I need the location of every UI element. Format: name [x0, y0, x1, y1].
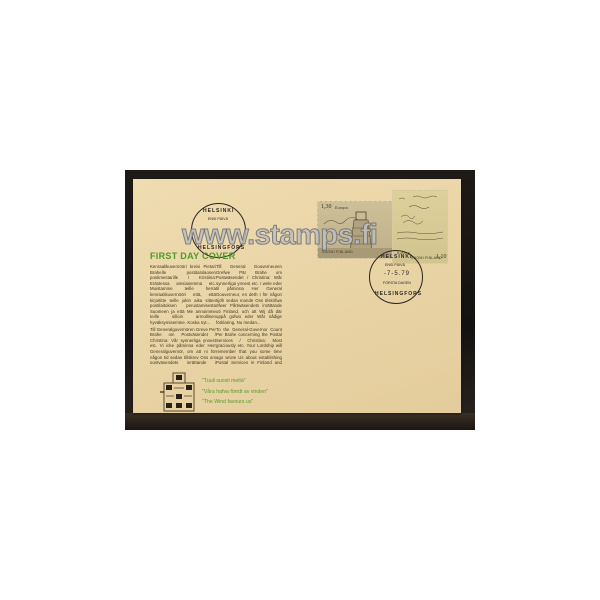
postmark-city-bottom: HELSINGFORS: [375, 291, 422, 297]
text-column-left: Kenraalikuvernööri kreivi Pietari Brahel…: [150, 264, 216, 364]
postmark-2: HELSINKI ENSI PÄIVÄ -7-5.79 FÖRSTA DAGEN…: [369, 250, 423, 304]
table-surface: [125, 413, 475, 430]
postmark-sub: FÖRSTA DAGEN: [383, 281, 411, 285]
postmark-city: HELSINKI: [381, 254, 412, 260]
paragraph: Till General Gouverneuren Grefwe Pär Bra…: [216, 264, 282, 326]
paragraph: Till Generalguvernören Greve Per Brahe o…: [150, 327, 216, 364]
quote-english: "The Wind favours us": [202, 397, 268, 408]
stamp-label: Europa: [335, 206, 348, 210]
postal-grid-logo-icon: [160, 372, 198, 412]
quote-finnish: "Tuuli suosii meitä": [202, 376, 268, 387]
postmark-date: -7-5.79: [384, 271, 410, 277]
paragraph: Kenraalikuvernööri kreivi Pietari Brahel…: [150, 264, 216, 326]
postmark-city: HELSINKI: [203, 208, 234, 214]
postmark-label: ENSI PÄIVÄ: [385, 263, 405, 267]
text-column-right: Till General Gouverneuren Grefwe Pär Bra…: [216, 264, 282, 364]
quote-swedish: "Våra hafva förrdt av vinden": [202, 387, 268, 398]
stamp-value: 1,10: [436, 254, 447, 260]
stamp-value: 1,30: [321, 204, 332, 210]
paragraph: To the General-Governor Count Per Brahe …: [216, 327, 282, 364]
first-day-cover-title: FIRST DAY COVER: [150, 251, 236, 261]
watermark: www.stamps.fi: [182, 219, 377, 252]
quotes-block: "Tuuli suosii meitä" "Våra hafva förrdt …: [202, 376, 268, 408]
